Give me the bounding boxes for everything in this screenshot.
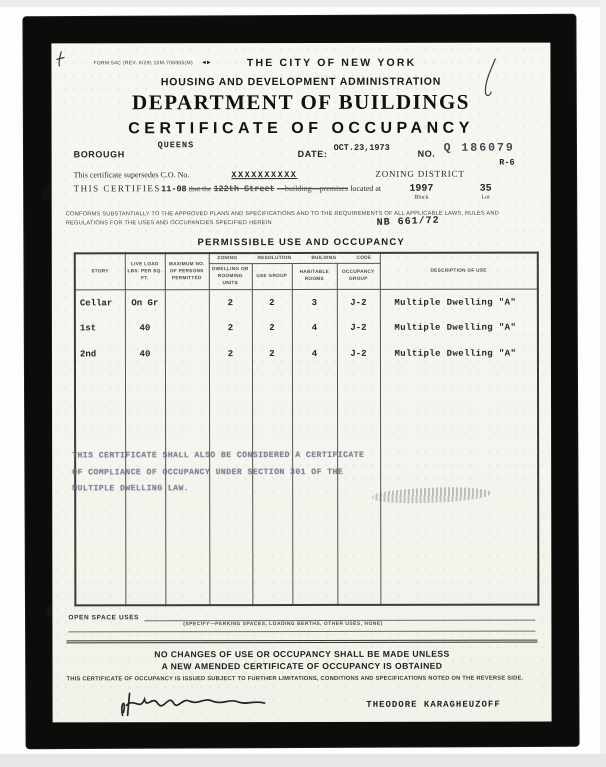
band-zoning: ZONING — [217, 255, 237, 262]
col-header-story: STORY — [75, 254, 125, 290]
cell-description: Multiple Dwelling "A" — [380, 315, 538, 341]
cell-occupancy: J-2 — [337, 341, 380, 367]
section-301-stamp: THIS CERTIFICATE SHALL ALSO BE CONSIDERE… — [72, 448, 364, 498]
supersedes-label: This certificate supersedes C.O. No. — [74, 170, 190, 179]
open-space-blank-line: (SPECIFY—PARKING SPACES, LOADING BERTHS,… — [144, 614, 535, 622]
cell-use-group: 2 — [252, 315, 292, 341]
city-title: THE CITY OF NEW YORK — [247, 57, 417, 69]
col-group-header: ZONING RESOLUTION BUILDING CODE — [209, 253, 380, 264]
certificate-document: FORM 54C (REV. 6/29) 10M-705905(M) ◄► TH… — [51, 43, 551, 723]
block-label: Block — [414, 195, 428, 202]
open-space-specify-caption: (SPECIFY—PARKING SPACES, LOADING BERTHS,… — [183, 622, 382, 627]
open-space-label: OPEN SPACE USES — [68, 614, 139, 621]
col-header-live-load: LIVE LOAD LBS. PER SQ. FT. — [125, 253, 165, 289]
commissioner-name: THEODORE KARAGHEUZOFF — [337, 700, 529, 710]
occupancy-table: STORY LIVE LOAD LBS. PER SQ. FT. MAXIMUM… — [74, 252, 540, 607]
double-rule — [66, 640, 537, 644]
scan-gutter-top — [0, 0, 606, 7]
cell-persons — [165, 315, 209, 341]
form-number: FORM 54C (REV. 6/29) 10M-705905(M) — [93, 60, 193, 66]
table-row: 1st 40 2 2 4 J-2 Multiple Dwelling "A" — [75, 315, 538, 342]
cell-dwelling: 2 — [209, 315, 252, 341]
borough-value: QUEENS — [158, 140, 195, 150]
cell-story: 2nd — [75, 341, 125, 367]
certificate-title: CERTIFICATE OF OCCUPANCY — [66, 120, 537, 139]
pen-stroke-icon — [478, 57, 498, 101]
scan-gutter-right — [600, 0, 606, 767]
meta-line: BOROUGH QUEENS DATE: OCT.23,1973 NO. Q 1… — [66, 138, 537, 169]
stamp-line-1: THIS CERTIFICATE SHALL ALSO BE CONSIDERE… — [72, 448, 364, 465]
arrow-ornament-icon: ◄► — [201, 60, 211, 66]
scanned-document-viewer: FORM 54C (REV. 6/29) 10M-705905(M) ◄► TH… — [0, 0, 606, 767]
cell-use-group: 2 — [252, 289, 292, 315]
stamp-line-3: MULTIPLE DWELLING LAW. — [72, 481, 364, 498]
cell-dwelling: 2 — [209, 289, 252, 315]
address-house-number: 11-08 — [161, 184, 187, 194]
col-header-persons: MAXIMUM NO. OF PERSONS PERMITTED — [165, 253, 209, 289]
lot-group: 35 Lot — [480, 184, 492, 202]
band-code: CODE — [357, 255, 372, 262]
certificate-number: Q 186079 — [444, 142, 515, 155]
cell-occupancy: J-2 — [337, 315, 380, 341]
commissioner-signature-area: THEODORE KARAGHEUZOFF COMMISSIONER — [311, 697, 537, 722]
cell-live-load: 40 — [125, 341, 165, 367]
occupancy-table-wrap: STORY LIVE LOAD LBS. PER SQ. FT. MAXIMUM… — [74, 252, 538, 607]
zoning-value: R-6 — [499, 158, 514, 168]
number-label: NO. — [418, 149, 436, 159]
notice-line-1: NO CHANGES OF USE OR OCCUPANCY SHALL BE … — [66, 649, 537, 661]
struck-form-words: that the — [189, 184, 211, 193]
scan-gutter-bottom — [0, 754, 606, 767]
open-space-line: OPEN SPACE USES (SPECIFY—PARKING SPACES,… — [68, 614, 535, 622]
borough-label: BOROUGH — [74, 149, 125, 159]
table-title: PERMISSIBLE USE AND OCCUPANCY — [66, 237, 537, 249]
group-band: ZONING RESOLUTION BUILDING CODE — [209, 255, 379, 262]
cell-description: Multiple Dwelling "A" — [380, 289, 538, 315]
cell-story: Cellar — [75, 289, 125, 315]
zoning-district-label: ZONING DISTRICT — [375, 169, 464, 179]
cell-live-load: 40 — [125, 315, 165, 341]
notice-line-2: A NEW AMENDED CERTIFICATE OF OCCUPANCY I… — [66, 660, 537, 672]
band-building: BUILDING — [311, 255, 336, 262]
administration-title: HOUSING AND DEVELOPMENT ADMINISTRATION — [65, 76, 536, 89]
table-row: Cellar On Gr 2 2 3 J-2 Multiple Dwelling… — [75, 289, 538, 316]
cell-story: 1st — [75, 315, 125, 341]
cell-habitable: 4 — [292, 315, 337, 341]
col-header-description: DESCRIPTION OF USE — [380, 253, 538, 289]
photocopy-black-frame: FORM 54C (REV. 6/29) 10M-705905(M) ◄► TH… — [23, 15, 578, 748]
stamp-line-2: OF COMPLIANCE OF OCCUPANCY UNDER SECTION… — [72, 465, 364, 482]
col-header-occupancy: OCCUPANCY GROUP — [337, 263, 380, 289]
table-row: 2nd 40 2 2 4 J-2 Multiple Dwelling "A" — [75, 341, 538, 368]
supersedes-value: XXXXXXXXXX — [231, 170, 297, 180]
lot-value: 35 — [480, 184, 492, 195]
conforms-paragraph: CONFORMS SUBSTANTIALLY TO THE APPROVED P… — [66, 210, 528, 229]
nb-stamp: NB 661/72 — [376, 214, 440, 232]
address-street: 122th Street — [213, 184, 274, 194]
certifies-label: THIS CERTIFIES — [74, 183, 161, 193]
supersedes-line: This certificate supersedes C.O. No. XXX… — [66, 169, 537, 181]
pen-mark-icon — [53, 49, 69, 69]
cell-dwelling: 2 — [209, 341, 252, 367]
located-at-label: located at — [350, 184, 381, 193]
band-resolution: RESOLUTION — [257, 255, 291, 262]
block-group: 1997 Block — [409, 184, 433, 202]
col-header-use-group: USE GROUP — [252, 264, 292, 290]
department-title: DEPARTMENT OF BUILDINGS — [65, 90, 536, 116]
cell-description: Multiple Dwelling "A" — [380, 341, 538, 367]
superintendent-signature-icon — [109, 686, 269, 723]
col-header-dwelling: DWELLING OR ROOMING UNITS — [209, 264, 252, 290]
form-line: FORM 54C (REV. 6/29) 10M-705905(M) ◄► TH… — [93, 57, 536, 70]
block-value: 1997 — [409, 184, 433, 195]
reverse-side-fine-print: THIS CERTIFICATE OF OCCUPANCY IS ISSUED … — [67, 675, 529, 685]
cell-use-group: 2 — [252, 341, 292, 367]
lot-label: Lot — [482, 195, 490, 202]
cell-habitable: 4 — [292, 341, 337, 367]
signature-block: BOROUGH SUPERINTENDENT THEODORE KARAGHEU… — [67, 697, 538, 722]
borough-superintendent-signature-area: BOROUGH SUPERINTENDENT — [67, 697, 312, 722]
cell-live-load: On Gr — [125, 289, 165, 315]
col-header-habitable: HABITABLE ROOMS — [292, 263, 337, 289]
cell-habitable: 3 — [292, 289, 337, 315]
date-label: DATE: — [298, 149, 328, 159]
struck-form-words: —building—premises — [277, 184, 348, 193]
certifies-line: THIS CERTIFIES 11-08 that the 122th Stre… — [66, 183, 537, 208]
no-changes-notice: NO CHANGES OF USE OR OCCUPANCY SHALL BE … — [66, 649, 537, 673]
cell-persons — [165, 341, 209, 367]
cell-occupancy: J-2 — [337, 289, 380, 315]
date-value: OCT.23,1973 — [334, 143, 390, 153]
cell-persons — [165, 289, 209, 315]
